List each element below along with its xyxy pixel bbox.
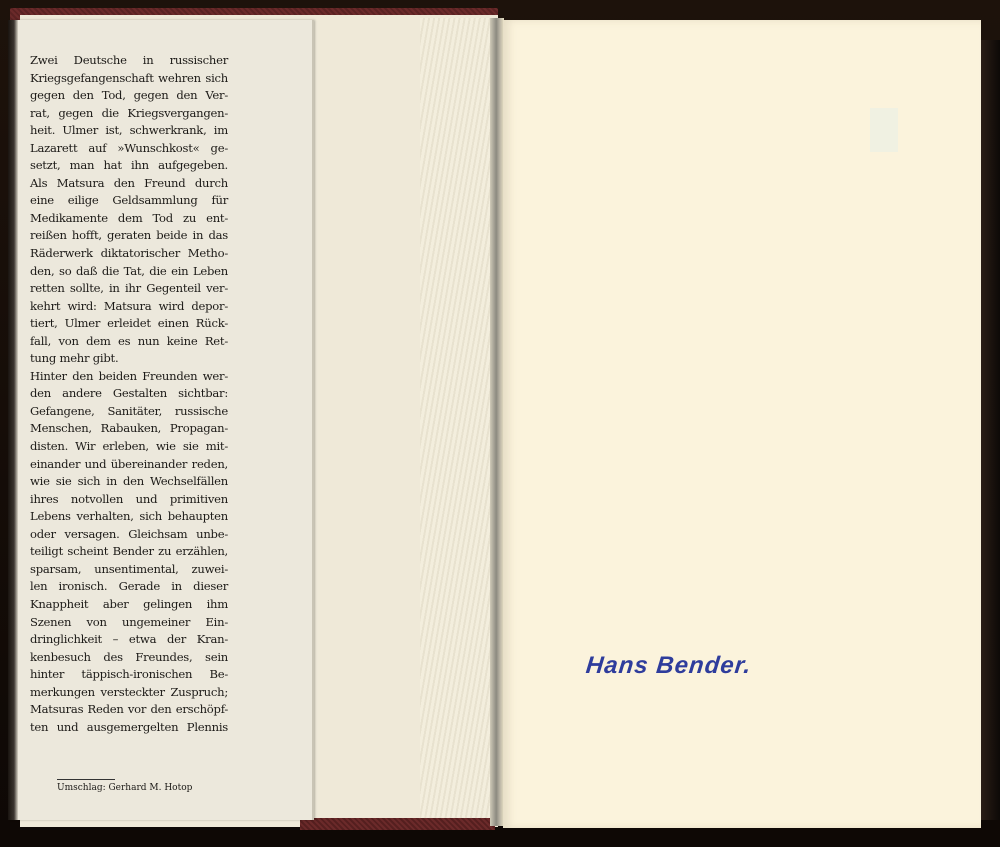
blurb-line: kehrt wird: Matsura wird depor- xyxy=(30,298,228,316)
paper-stain xyxy=(870,108,898,152)
blurb-line: tiert, Ulmer erleidet einen Rück- xyxy=(30,315,228,333)
blurb-line: Räderwerk diktatorischer Metho- xyxy=(30,245,228,263)
blurb-line: tung mehr gibt. xyxy=(30,350,228,368)
cover-cloth-bottom xyxy=(300,818,495,830)
blurb-line: merkungen versteckter Zuspruch; xyxy=(30,684,228,702)
blurb-line: Gefangene, Sanitäter, russische xyxy=(30,403,228,421)
blurb-line: heit. Ulmer ist, schwerkrank, im xyxy=(30,122,228,140)
blurb-line: fall, von dem es nun keine Ret- xyxy=(30,333,228,351)
blurb-line: eine eilige Geldsammlung für xyxy=(30,192,228,210)
flap-worn-edge xyxy=(8,20,18,820)
blurb-line: Zwei Deutsche in russischer xyxy=(30,52,228,70)
blurb-line: Hinter den beiden Freunden wer- xyxy=(30,368,228,386)
blurb-line: den, so daß die Tat, die ein Leben xyxy=(30,263,228,281)
blurb-line: rat, gegen die Kriegsvergangen- xyxy=(30,105,228,123)
flap-blurb: Zwei Deutsche in russischer Kriegsgefang… xyxy=(30,52,228,736)
blurb-line: Lazarett auf »Wunschkost« ge- xyxy=(30,140,228,158)
blurb-line: disten. Wir erleben, wie sie mit- xyxy=(30,438,228,456)
blurb-line: setzt, man hat ihn aufgegeben. xyxy=(30,157,228,175)
blurb-line: ten und ausgemergelten Plennis xyxy=(30,719,228,737)
blurb-line: Szenen von ungemeiner Ein- xyxy=(30,614,228,632)
blurb-line: Menschen, Rabauken, Propagan- xyxy=(30,420,228,438)
blurb-line: hinter täppisch-ironischen Be- xyxy=(30,666,228,684)
cover-edge-right xyxy=(981,40,1000,820)
blurb-line: dringlichkeit – etwa der Kran- xyxy=(30,631,228,649)
blurb-line: einander und übereinander reden, xyxy=(30,456,228,474)
blurb-line: len ironisch. Gerade in dieser xyxy=(30,578,228,596)
blurb-line: sparsam, unsentimental, zuwei- xyxy=(30,561,228,579)
credit-rule xyxy=(57,779,115,780)
blurb-line: kenbesuch des Freundes, sein xyxy=(30,649,228,667)
book-gutter xyxy=(490,18,504,826)
blurb-line: Kriegsgefangenschaft wehren sich xyxy=(30,70,228,88)
blurb-line: Matsuras Reden vor den erschöpf- xyxy=(30,701,228,719)
blurb-line: gegen den Tod, gegen den Ver- xyxy=(30,87,228,105)
blurb-line: wie sie sich in den Wechselfällen xyxy=(30,473,228,491)
blurb-line: Lebens verhalten, sich behaupten xyxy=(30,508,228,526)
blurb-line: Knappheit aber gelingen ihm xyxy=(30,596,228,614)
blurb-line: oder versagen. Gleichsam unbe- xyxy=(30,526,228,544)
endpaper-fold xyxy=(420,18,492,826)
blurb-line: Medikamente dem Tod zu ent- xyxy=(30,210,228,228)
blurb-line: reißen hofft, geraten beide in das xyxy=(30,227,228,245)
blurb-line: teiligt scheint Bender zu erzählen, xyxy=(30,543,228,561)
blurb-line: den andere Gestalten sichtbar: xyxy=(30,385,228,403)
right-endpaper xyxy=(503,20,981,828)
blurb-line: ihres notvollen und primitiven xyxy=(30,491,228,509)
cover-credit: Umschlag: Gerhard M. Hotop xyxy=(57,783,192,793)
blurb-line: Als Matsura den Freund durch xyxy=(30,175,228,193)
blurb-line: retten sollte, in ihr Gegenteil ver- xyxy=(30,280,228,298)
author-signature: Hans Bender. xyxy=(585,652,753,680)
